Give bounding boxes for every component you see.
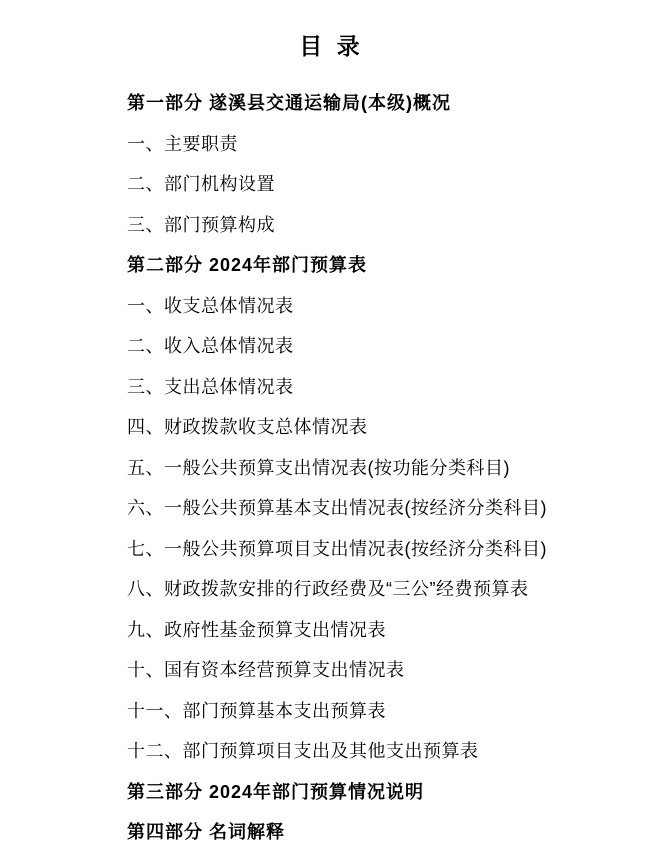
toc-section-part2: 第二部分 2024年部门预算表 [127, 245, 603, 286]
table-of-contents: 第一部分 遂溪县交通运输局(本级)概况 一、主要职责 二、部门机构设置 三、部门… [127, 83, 603, 851]
toc-entry: 七、一般公共预算项目支出情况表(按经济分类科目) [127, 529, 603, 570]
toc-entry: 十二、部门预算项目支出及其他支出预算表 [127, 731, 603, 772]
page-title: 目 录 [0, 28, 663, 61]
toc-section-part3: 第三部分 2024年部门预算情况说明 [127, 772, 603, 813]
toc-entry: 四、财政拨款收支总体情况表 [127, 407, 603, 448]
toc-entry: 一、收支总体情况表 [127, 286, 603, 327]
toc-section-part4: 第四部分 名词解释 [127, 812, 603, 851]
toc-entry: 十、国有资本经营预算支出情况表 [127, 650, 603, 691]
toc-entry: 五、一般公共预算支出情况表(按功能分类科目) [127, 448, 603, 489]
toc-entry: 九、政府性基金预算支出情况表 [127, 610, 603, 651]
toc-entry: 六、一般公共预算基本支出情况表(按经济分类科目) [127, 488, 603, 529]
toc-section-part1: 第一部分 遂溪县交通运输局(本级)概况 [127, 83, 603, 124]
toc-entry: 二、部门机构设置 [127, 164, 603, 205]
toc-entry: 三、支出总体情况表 [127, 367, 603, 408]
toc-entry: 八、财政拨款安排的行政经费及“三公”经费预算表 [127, 569, 603, 610]
toc-entry: 二、收入总体情况表 [127, 326, 603, 367]
document-page: 目 录 第一部分 遂溪县交通运输局(本级)概况 一、主要职责 二、部门机构设置 … [0, 0, 663, 851]
toc-entry: 三、部门预算构成 [127, 205, 603, 246]
toc-entry: 十一、部门预算基本支出预算表 [127, 691, 603, 732]
toc-entry: 一、主要职责 [127, 124, 603, 165]
